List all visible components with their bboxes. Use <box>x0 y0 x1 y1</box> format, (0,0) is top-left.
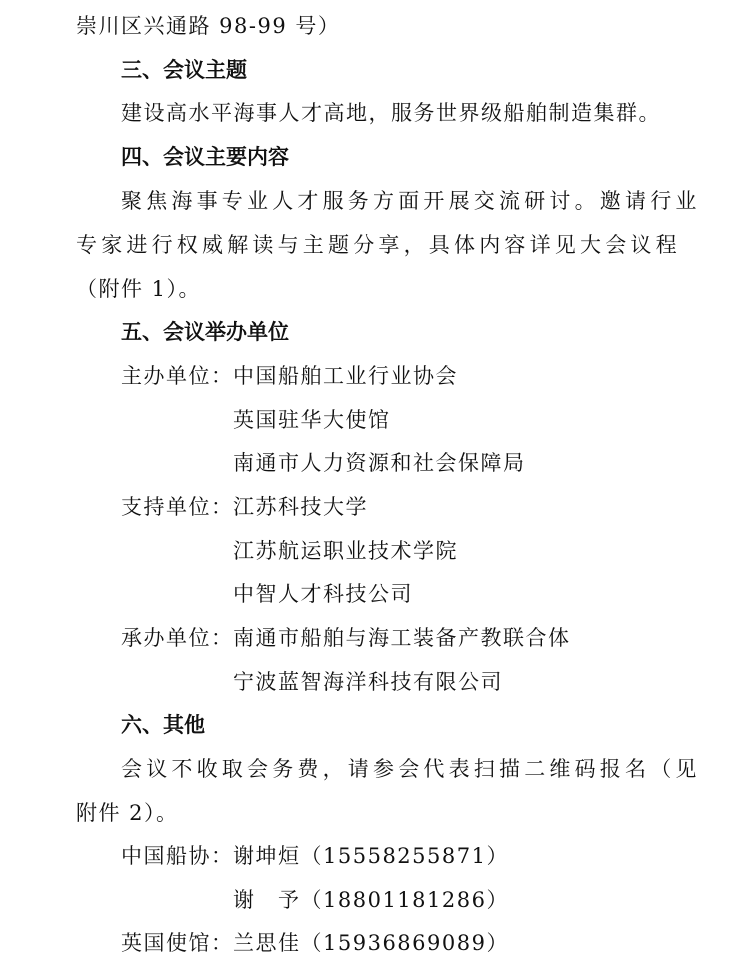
organizer-item: 英国驻华大使馆 <box>233 406 391 434</box>
organizer-item: 中智人才科技公司 <box>233 580 413 608</box>
section-heading-theme: 三、会议主题 <box>121 56 247 84</box>
contact-entry[interactable]: 谢 予（18801181286） <box>233 886 509 914</box>
organizer-item: 江苏航运职业技术学院 <box>233 537 458 565</box>
section-heading-other: 六、其他 <box>121 711 205 739</box>
organizer-label-undertaker: 承办单位： <box>121 624 234 652</box>
content-line-3: （附件 1）。 <box>76 275 201 303</box>
organizer-item: 宁波蓝智海洋科技有限公司 <box>233 668 503 696</box>
content-line-1: 聚焦海事专业人才服务方面开展交流研讨。邀请行业 <box>121 187 701 215</box>
other-line-2: 附件 2）。 <box>76 799 179 827</box>
organizer-label-support: 支持单位： <box>121 493 234 521</box>
contact-label-cansi: 中国船协： <box>121 842 234 870</box>
other-line-1: 会议不收取会务费，请参会代表扫描二维码报名（见 <box>121 755 701 783</box>
address-continuation: 崇川区兴通路 98-99 号） <box>76 12 340 40</box>
organizer-item: 中国船舶工业行业协会 <box>233 362 458 390</box>
section-heading-organizers: 五、会议举办单位 <box>121 318 289 346</box>
contact-label-embassy: 英国使馆： <box>121 929 234 957</box>
organizer-item: 江苏科技大学 <box>233 493 368 521</box>
contact-entry[interactable]: 谢坤烜（15558255871） <box>233 842 509 870</box>
section-heading-content: 四、会议主要内容 <box>121 143 289 171</box>
organizer-item: 南通市人力资源和社会保障局 <box>233 449 526 477</box>
theme-body: 建设高水平海事人才高地，服务世界级船舶制造集群。 <box>121 99 661 127</box>
content-line-2: 专家进行权威解读与主题分享，具体内容详见大会议程 <box>76 231 681 259</box>
organizer-item: 南通市船舶与海工装备产教联合体 <box>233 624 571 652</box>
organizer-label-host: 主办单位： <box>121 362 234 390</box>
contact-entry[interactable]: 兰思佳（15936869089） <box>233 929 509 957</box>
